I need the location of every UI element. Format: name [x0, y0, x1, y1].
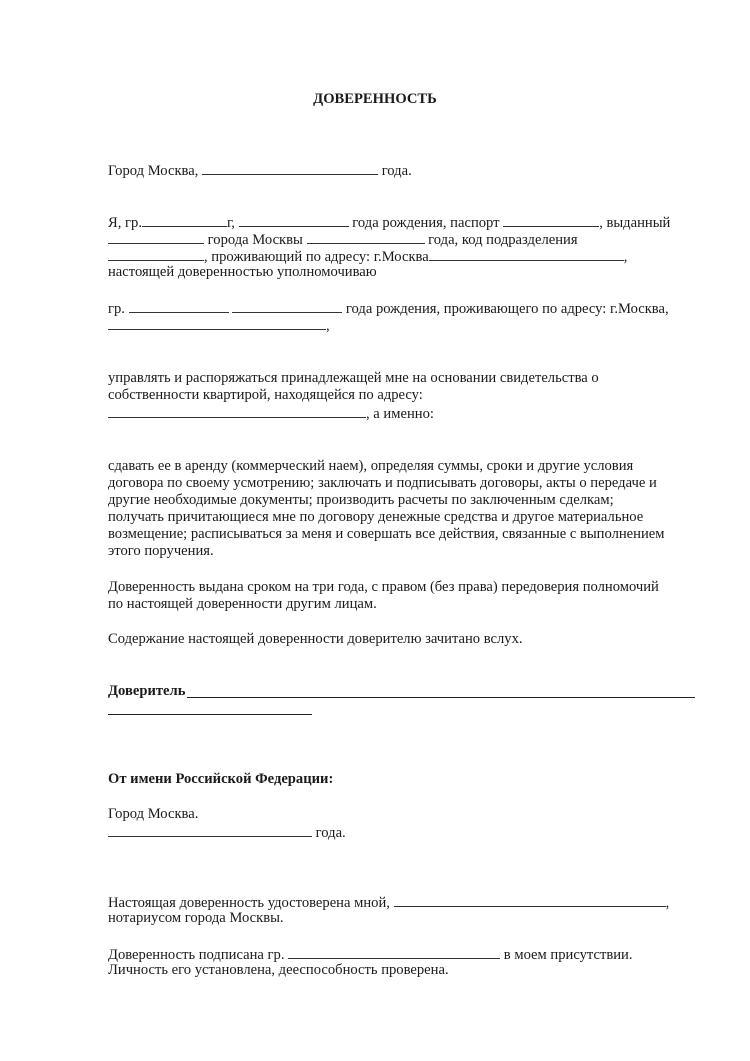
powers-line: сдавать ее в аренду (коммерческий наем),…: [108, 458, 633, 475]
notary-heading: От имени Российской Федерации:: [108, 771, 333, 788]
agent-residence-label: года рождения, проживающего по адресу: г…: [346, 301, 669, 317]
date-blank[interactable]: [202, 161, 378, 175]
apartment-address-blank[interactable]: [108, 404, 366, 418]
document-title: ДОВЕРЕННОСТЬ: [0, 91, 750, 108]
agent-birth-date-blank[interactable]: [232, 299, 342, 313]
scope-line-1: управлять и распоряжаться принадлежащей …: [108, 370, 599, 387]
issued-label: , выданный: [599, 215, 670, 231]
signed-line-2: Личность его установлена, дееспособность…: [108, 962, 449, 979]
powers-line: другие необходимые документы; производит…: [108, 492, 614, 509]
principal-line-4: настоящей доверенностью уполномочиваю: [108, 264, 377, 281]
agent-line-2: ,: [108, 316, 330, 335]
principal-address-blank[interactable]: [429, 247, 624, 261]
principal-signature-label: Доверитель: [108, 683, 185, 700]
city-date-line: Город Москва, года.: [108, 161, 412, 180]
agent-name-blank[interactable]: [129, 299, 229, 313]
principal-g-label: г,: [227, 215, 235, 231]
powers-line: получать причитающиеся мне по договору д…: [108, 509, 643, 526]
principal-signature-line[interactable]: [187, 697, 695, 698]
year-label: года.: [382, 163, 412, 179]
division-code-blank[interactable]: [108, 247, 204, 261]
certified-line-2: нотариусом города Москвы.: [108, 910, 284, 927]
comma: ,: [326, 318, 330, 334]
agent-prefix: гр.: [108, 301, 125, 317]
moscow-city-label: города Москвы: [208, 232, 303, 248]
document-page: ДОВЕРЕННОСТЬ Город Москва, года. Я, гр.г…: [0, 0, 750, 1061]
principal-name-blank[interactable]: [142, 213, 227, 227]
presence-label: в моем присутствии.: [504, 947, 633, 963]
comma: ,: [624, 249, 628, 265]
powers-line: договора по своему усмотрению; заключать…: [108, 475, 657, 492]
namely-label: , а именно:: [366, 406, 434, 422]
powers-line: этого поручения.: [108, 543, 214, 560]
read-aloud-statement: Содержание настоящей доверенности довери…: [108, 631, 523, 648]
certified-label: Настоящая доверенность удостоверена мной…: [108, 895, 390, 911]
issued-by-blank[interactable]: [108, 230, 204, 244]
powers-line: возмещение; расписываться за меня и сове…: [108, 526, 665, 543]
term-line: по настоящей доверенности другим лицам.: [108, 596, 377, 613]
principal-prefix: Я, гр.: [108, 215, 142, 231]
agent-address-blank[interactable]: [108, 316, 326, 330]
scope-line-2: собственности квартирой, находящейся по …: [108, 387, 423, 404]
division-code-label: года, код подразделения: [428, 232, 577, 248]
term-line: Доверенность выдана сроком на три года, …: [108, 579, 659, 596]
year-label: года.: [316, 825, 346, 841]
passport-number-blank[interactable]: [503, 213, 599, 227]
principal-name-line[interactable]: [108, 714, 312, 715]
city-label: Город Москва,: [108, 163, 198, 179]
issue-date-blank[interactable]: [307, 230, 425, 244]
passport-label: года рождения, паспорт: [352, 215, 499, 231]
notary-date-line: года.: [108, 823, 346, 842]
residence-label: , проживающий по адресу: г.Москва: [204, 249, 429, 265]
notary-name-blank[interactable]: [394, 893, 666, 907]
scope-line-3: , а именно:: [108, 404, 434, 423]
notary-city: Город Москва.: [108, 806, 198, 823]
notary-date-blank[interactable]: [108, 823, 312, 837]
signer-name-blank[interactable]: [288, 945, 500, 959]
birth-date-blank[interactable]: [239, 213, 349, 227]
comma: ,: [666, 895, 670, 911]
signed-by-label: Доверенность подписана гр.: [108, 947, 284, 963]
